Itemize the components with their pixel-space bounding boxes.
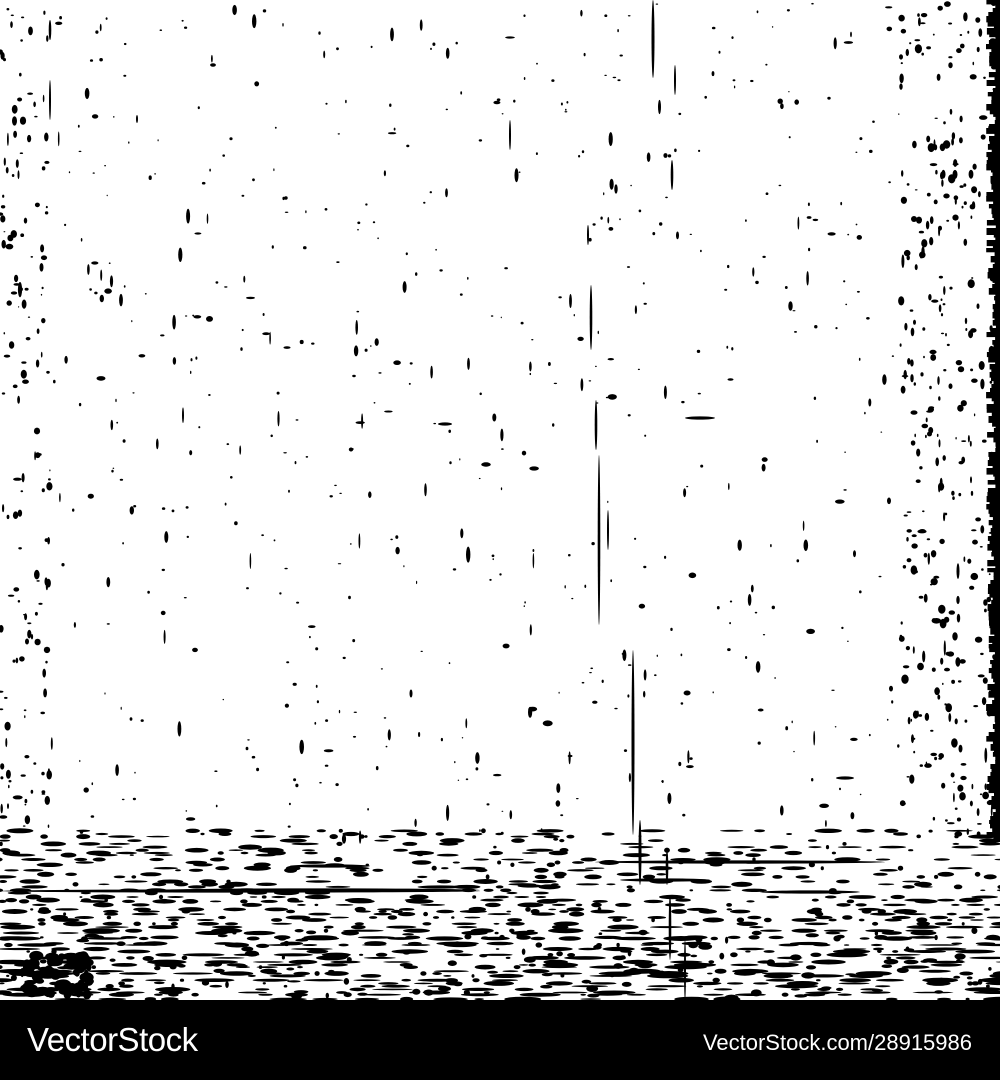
watermark-bar: VectorStock VectorStock.com/28915986 (0, 1000, 1000, 1080)
grunge-texture-canvas (0, 0, 1000, 1000)
watermark-brand: VectorStock (27, 1020, 198, 1060)
watermark-image-id: VectorStock.com/28915986 (703, 1028, 972, 1058)
grunge-texture-image (0, 0, 1000, 1000)
